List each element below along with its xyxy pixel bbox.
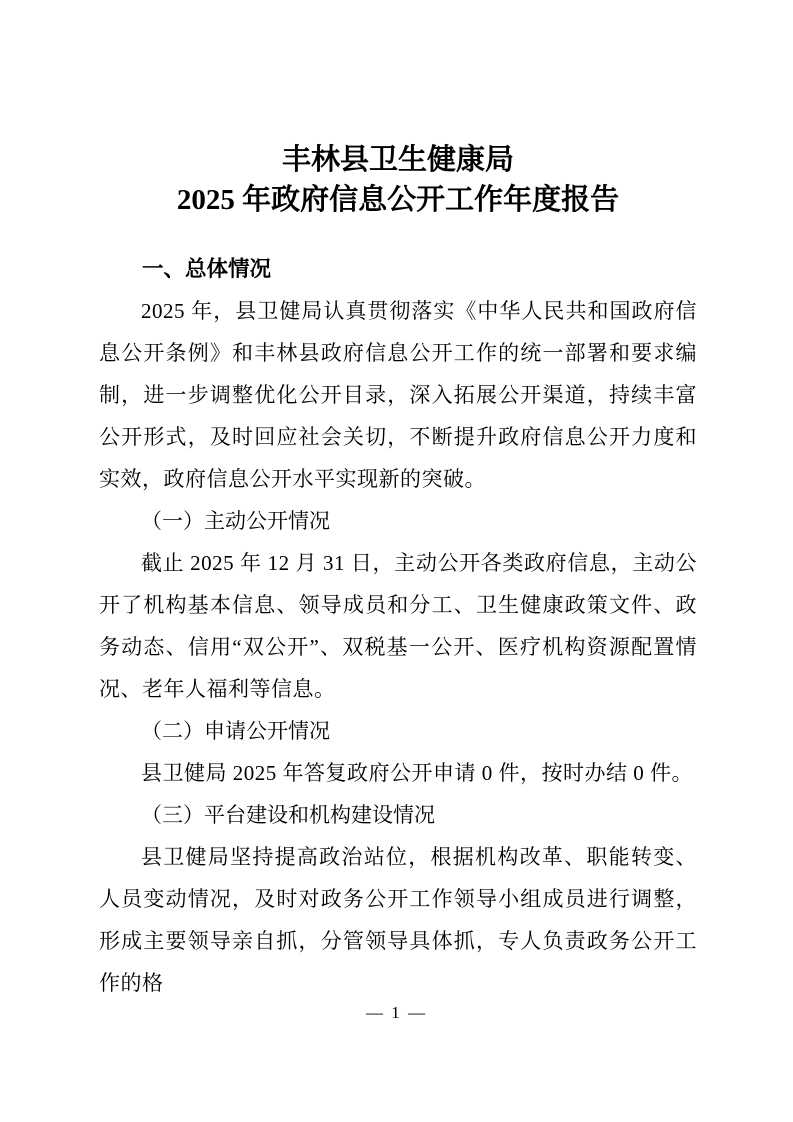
document-body: 一、总体情况 2025 年，县卫健局认真贯彻落实《中华人民共和国政府信息公开条例… xyxy=(99,248,697,1004)
document-title-line-2: 2025 年政府信息公开工作年度报告 xyxy=(99,180,697,220)
section-heading-overall-situation: 一、总体情况 xyxy=(99,248,697,290)
paragraph-overview: 2025 年，县卫健局认真贯彻落实《中华人民共和国政府信息公开条例》和丰林县政府… xyxy=(99,290,697,500)
document-title-line-1: 丰林县卫生健康局 xyxy=(99,140,697,180)
subheading-proactive-disclosure: （一）主动公开情况 xyxy=(99,500,697,542)
subheading-application-disclosure: （二）申请公开情况 xyxy=(99,710,697,752)
paragraph-proactive-disclosure: 截止 2025 年 12 月 31 日，主动公开各类政府信息，主动公开了机构基本… xyxy=(99,542,697,710)
paragraph-platform-and-institution: 县卫健局坚持提高政治站位，根据机构改革、职能转变、人员变动情况，及时对政务公开工… xyxy=(99,836,697,1004)
document-title: 丰林县卫生健康局 2025 年政府信息公开工作年度报告 xyxy=(99,140,697,220)
page-number: — 1 — xyxy=(0,1000,793,1026)
document-page: 丰林县卫生健康局 2025 年政府信息公开工作年度报告 一、总体情况 2025 … xyxy=(0,0,793,1122)
subheading-platform-and-institution: （三）平台建设和机构建设情况 xyxy=(99,794,697,836)
paragraph-application-disclosure: 县卫健局 2025 年答复政府公开申请 0 件，按时办结 0 件。 xyxy=(99,752,697,794)
document-content: 丰林县卫生健康局 2025 年政府信息公开工作年度报告 一、总体情况 2025 … xyxy=(99,140,697,1004)
